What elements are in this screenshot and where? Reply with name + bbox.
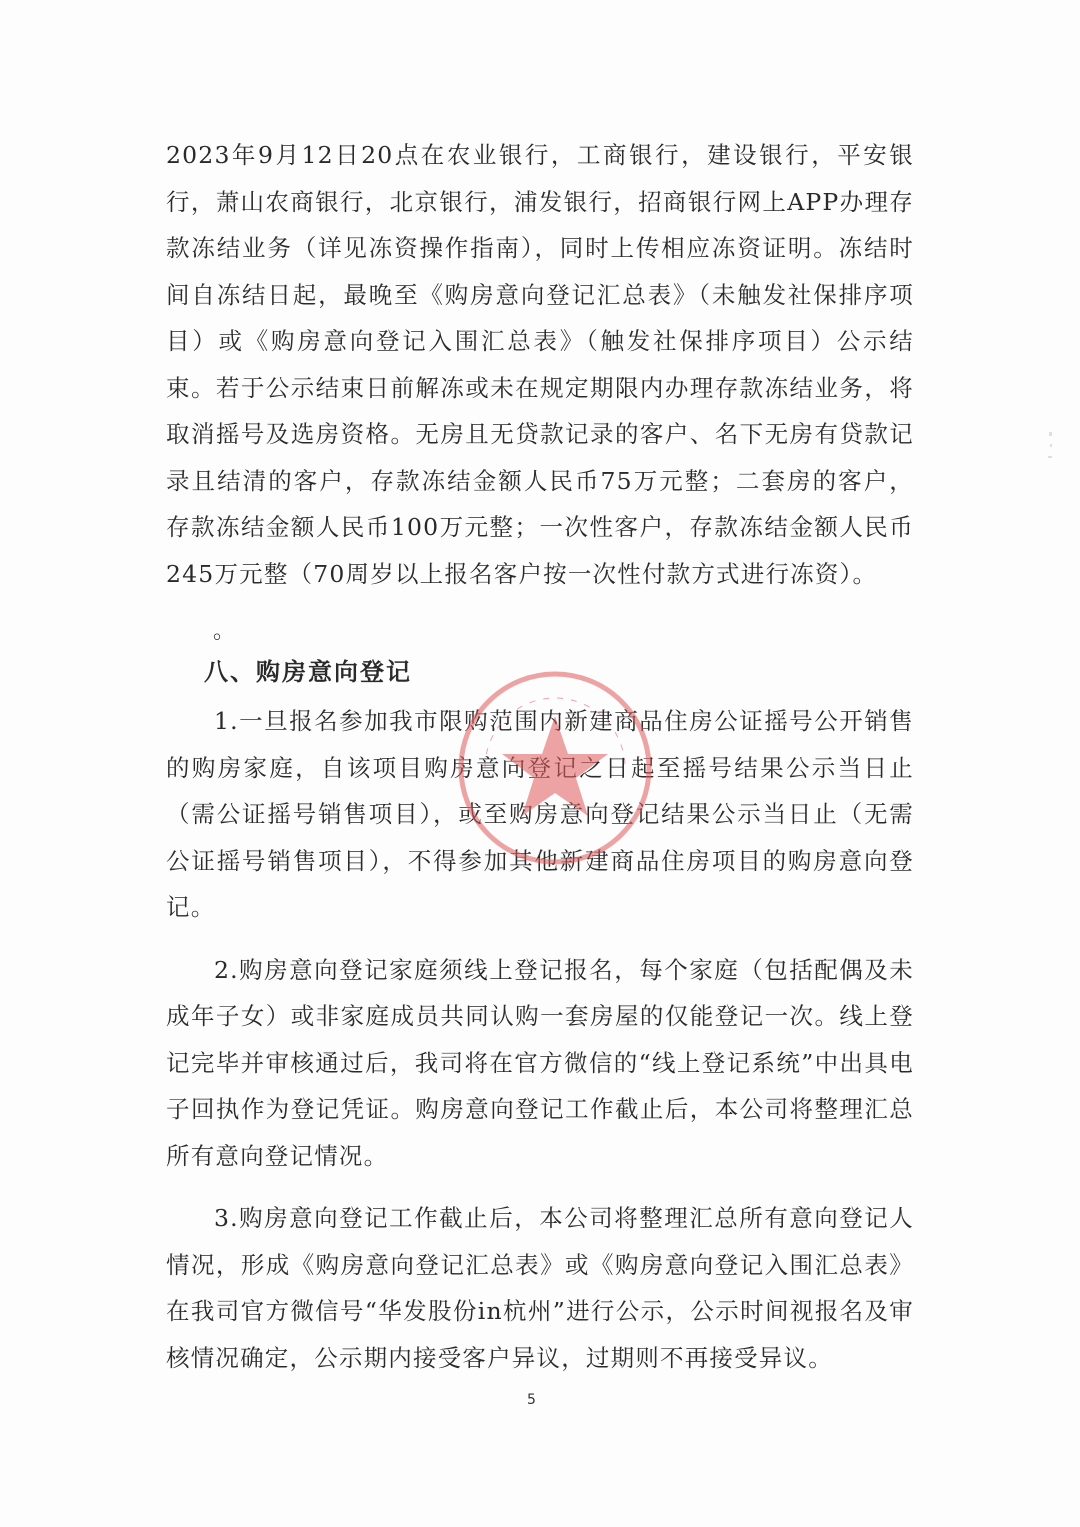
section-item-2: 2.购房意向登记家庭须线上登记报名，每个家庭（包括配偶及未成年子女）或非家庭成员…: [166, 947, 914, 1180]
section-item-3: 3.购房意向登记工作截止后，本公司将整理汇总所有意向登记人情况，形成《购房意向登…: [166, 1195, 914, 1381]
section-heading: 八、购房意向登记: [204, 652, 412, 687]
document-page: 2023年9月12日20点在农业银行，工商银行，建设银行，平安银行，萧山农商银行…: [0, 0, 1080, 1527]
text-block-deposit-freeze: 2023年9月12日20点在农业银行，工商银行，建设银行，平安银行，萧山农商银行…: [166, 132, 914, 597]
section-item-1: 1.一旦报名参加我市限购范围内新建商品住房公证摇号公开销售的购房家庭，自该项目购…: [166, 698, 914, 931]
section-body: 1.一旦报名参加我市限购范围内新建商品住房公证摇号公开销售的购房家庭，自该项目购…: [166, 698, 914, 1381]
scan-artifact: [1046, 430, 1056, 470]
stray-punctuation: 。: [213, 614, 235, 645]
paragraph-deposit-freeze: 2023年9月12日20点在农业银行，工商银行，建设银行，平安银行，萧山农商银行…: [166, 132, 914, 597]
page-number: 5: [527, 1392, 536, 1408]
